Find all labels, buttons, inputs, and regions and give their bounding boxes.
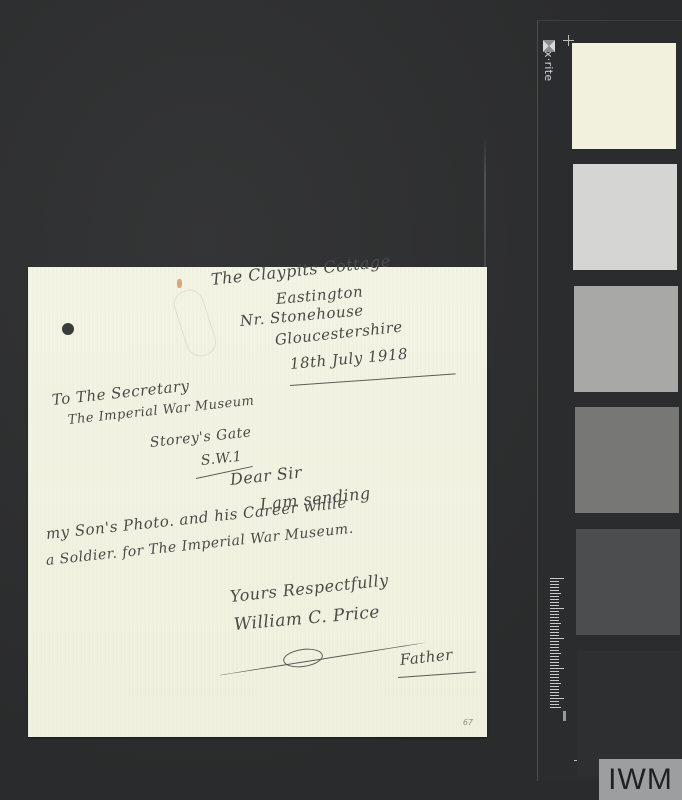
recipient-line-3: Storey's Gate — [149, 424, 252, 451]
color-checker-card: x·rite — [537, 20, 682, 781]
recipient-line-4: S.W.1 — [200, 449, 243, 469]
xrite-brand: x·rite — [542, 37, 555, 81]
swatch-light-gray — [573, 164, 677, 270]
salutation: Dear Sir — [229, 462, 303, 488]
swatch-mid-gray — [574, 286, 678, 392]
rust-stain — [177, 279, 182, 288]
ruler-unit-label — [563, 711, 566, 721]
signature: William C. Price — [233, 602, 381, 635]
iwm-watermark-text: IWM — [608, 765, 673, 795]
swatch-black — [577, 651, 681, 776]
background-crease — [484, 135, 486, 275]
letter-date: 18th July 1918 — [289, 345, 409, 373]
swatch-dark-gray — [576, 529, 680, 635]
address-line-1: The Claypits Cottage — [210, 251, 392, 289]
paperclip-mark — [170, 286, 220, 360]
signature-role: Father — [399, 646, 454, 669]
folio-number: 67 — [463, 718, 473, 727]
signature-loop — [282, 646, 324, 669]
letter-paper: The Claypits Cottage Eastington Nr. Ston… — [28, 267, 487, 737]
swatch-gray — [575, 407, 679, 513]
xrite-logo-icon — [543, 37, 555, 49]
date-underline — [290, 373, 456, 386]
measurement-ruler — [550, 578, 570, 728]
role-underline — [398, 672, 476, 678]
punch-hole — [62, 323, 74, 335]
closing: Yours Respectfully — [229, 570, 390, 606]
iwm-watermark: IWM — [599, 759, 682, 800]
swatch-white — [572, 43, 676, 149]
xrite-wordmark: x·rite — [542, 51, 555, 81]
document-scan: The Claypits Cottage Eastington Nr. Ston… — [0, 0, 682, 800]
